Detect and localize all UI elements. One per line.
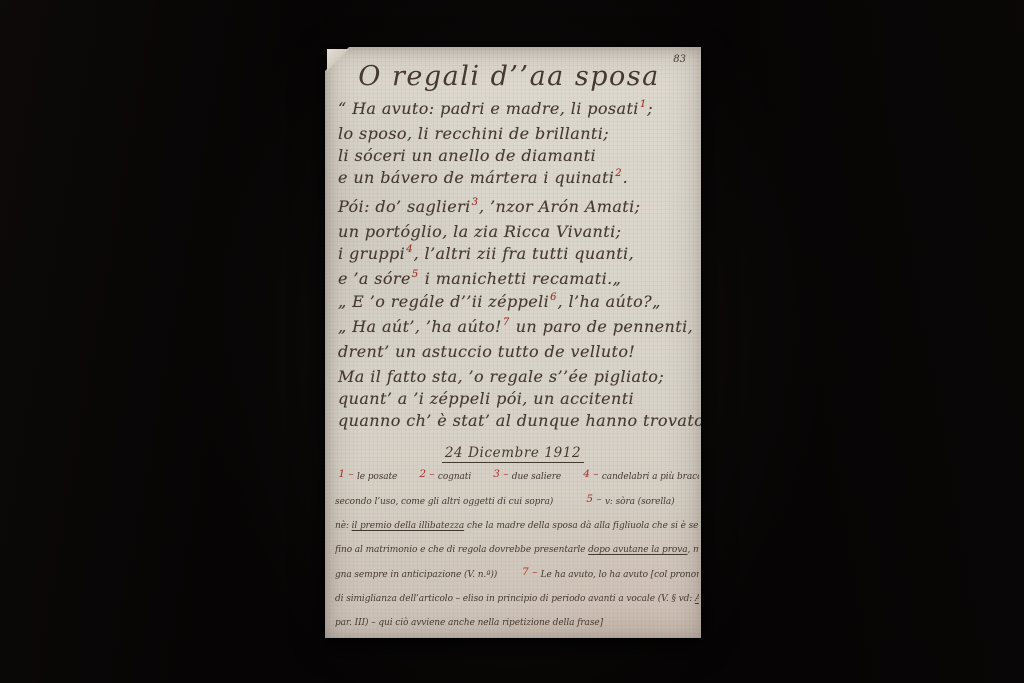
poem-text: quanno ch’ è stat’ al dunque hanno trova…	[338, 411, 701, 430]
poem-text: li sóceri un anello de diamanti	[338, 146, 596, 165]
footnote-text: di simiglianza dell’articolo – eliso in …	[335, 594, 695, 604]
footnote-line: 1 – le posate 2 – cognati 3 – due salier…	[335, 464, 699, 489]
poem-text: Pói: do’ saglieri	[338, 197, 471, 216]
footnote-text: le posate	[357, 472, 419, 482]
footnote-number: 5 –	[586, 493, 605, 505]
date-block: 24 Dicembre 1912	[325, 442, 701, 463]
poem-text: i gruppi	[338, 244, 405, 263]
poem-line: quanno ch’ è stat’ al dunque hanno trova…	[338, 410, 697, 435]
poem-line: Ma il fatto sta, ’o regale s’’ée pigliat…	[338, 366, 697, 388]
footnote-number: 7 –	[522, 566, 541, 578]
poem-line: „ Ha aút’, ’ha aúto!7 un paro de pennent…	[338, 316, 697, 341]
footnote-text: Avvertenze	[695, 594, 699, 604]
page-title: O regali d’’aa sposa	[325, 61, 693, 92]
footnote-text: il premio della illibatezza	[352, 521, 465, 531]
footnotes: 1 – le posate 2 – cognati 3 – due salier…	[335, 464, 699, 635]
poem-text: e ’a sóre	[338, 269, 411, 288]
footnote-line: di simiglianza dell’articolo – eliso in …	[335, 587, 699, 611]
poem-stanza-3: „ E ’o regále d’’ii zéppeli6, l’ha aúto?…	[338, 291, 697, 363]
footnote-text: par. III) – qui ciò avviene anche nella …	[335, 618, 603, 628]
footnote-text: due saliere	[512, 472, 583, 482]
poem-text: ;	[647, 99, 653, 118]
footnote-number: 1 –	[335, 468, 357, 480]
poem-line: lo sposo, li recchini de brillanti;	[338, 123, 697, 145]
poem-text: lo sposo, li recchini de brillanti;	[338, 124, 609, 143]
footnote-ref: 6	[550, 292, 556, 303]
footnote-ref: 1	[640, 99, 646, 110]
poem-text: e un bávero de mártera i quinati	[338, 168, 614, 187]
poem-stanza-1: “ Ha avuto: padri e madre, li posati1;lo…	[338, 98, 697, 192]
footnote-number: 3 –	[493, 468, 512, 480]
footnote-line: nè: il premio della illibatezza che la m…	[335, 514, 699, 538]
footnote-text: secondo l’uso, come gli altri oggetti di…	[335, 497, 586, 507]
poem-line: „ E ’o regále d’’ii zéppeli6, l’ha aúto?…	[338, 291, 697, 316]
footnote-text: fino al matrimonio e che di regola dovre…	[335, 545, 588, 555]
footnote-line: par. III) – qui ciò avviene anche nella …	[335, 611, 699, 635]
poem-text: quant’ a ’i zéppeli pói, un accitenti	[338, 389, 634, 408]
footnote-ref: 7	[503, 317, 509, 328]
footnote-text: Le ha avuto, lo ha avuto [col pronome –	[541, 570, 699, 580]
poem-text: „ E ’o regále d’’ii zéppeli	[338, 292, 549, 311]
poem-line: e un bávero de mártera i quinati2.	[338, 167, 697, 192]
poem-text: un portóglio, la zia Ricca Vivanti;	[338, 222, 621, 241]
footnote-text: nè:	[335, 521, 352, 531]
footnote-number: 4 –	[583, 468, 602, 480]
poem-text: „ Ha aút’, ’ha aúto!	[338, 317, 502, 336]
footnote-ref: 3	[472, 197, 478, 208]
poem-line: li sóceri un anello de diamanti	[338, 145, 697, 167]
footnote-text: cognati	[438, 472, 493, 482]
footnote-ref: 5	[412, 269, 418, 280]
poem-line: un portóglio, la zia Ricca Vivanti;	[338, 221, 697, 243]
manuscript-page: 83 O regali d’’aa sposa “ Ha avuto: padr…	[325, 47, 701, 638]
date-line: 24 Dicembre 1912	[442, 445, 584, 463]
poem-text: , l’ha aúto?„	[558, 292, 661, 311]
poem-text: drent’ un astuccio tutto de velluto!	[338, 342, 635, 361]
poem-line: quant’ a ’i zéppeli pói, un accitenti	[338, 388, 697, 410]
footnote-ref: 4	[406, 244, 412, 255]
footnote-text: che la madre della sposa dà alla figliuo…	[464, 521, 699, 531]
poem-text: , ’nzor Arón Amati;	[479, 197, 640, 216]
poem-line: i gruppi4, l’altri zii fra tutti quanti,	[338, 243, 697, 268]
footnote-text: candelabri a più bracci (d’argento,	[602, 472, 699, 482]
footnote-line: secondo l’uso, come gli altri oggetti di…	[335, 489, 699, 514]
footnote-number: 2 –	[419, 468, 438, 480]
footnote-line: gna sempre in anticipazione (V. n.ª)) 7 …	[335, 562, 699, 587]
poem-text: un paro de pennenti,	[510, 317, 693, 336]
footnote-text: v: sòra (sorella)	[605, 497, 699, 507]
poem-stanza-4: Ma il fatto sta, ’o regale s’’ée pigliat…	[338, 366, 697, 435]
footnote-text: gna sempre in anticipazione (V. n.ª))	[335, 570, 522, 580]
poem-stanza-2: Pói: do’ saglieri3, ’nzor Arón Amati;un …	[338, 196, 697, 293]
footnote-text: dopo avutane la prova	[588, 545, 687, 555]
poem-text: Ma il fatto sta, ’o regale s’’ée pigliat…	[338, 367, 664, 386]
poem-line: drent’ un astuccio tutto de velluto!	[338, 341, 697, 363]
poem-text: “ Ha avuto: padri e madre, li posati	[338, 99, 639, 118]
footnote-ref: 2	[615, 168, 621, 179]
footnote-text: , ma conse-	[687, 545, 699, 555]
poem-text: .	[623, 168, 629, 187]
poem-text: i manichetti recamati.„	[419, 269, 621, 288]
poem-line: e ’a sóre5 i manichetti recamati.„	[338, 268, 697, 293]
poem-line: “ Ha avuto: padri e madre, li posati1;	[338, 98, 697, 123]
poem-text: , l’altri zii fra tutti quanti,	[414, 244, 634, 263]
poem-line: Pói: do’ saglieri3, ’nzor Arón Amati;	[338, 196, 697, 221]
footnote-line: fino al matrimonio e che di regola dovre…	[335, 538, 699, 562]
